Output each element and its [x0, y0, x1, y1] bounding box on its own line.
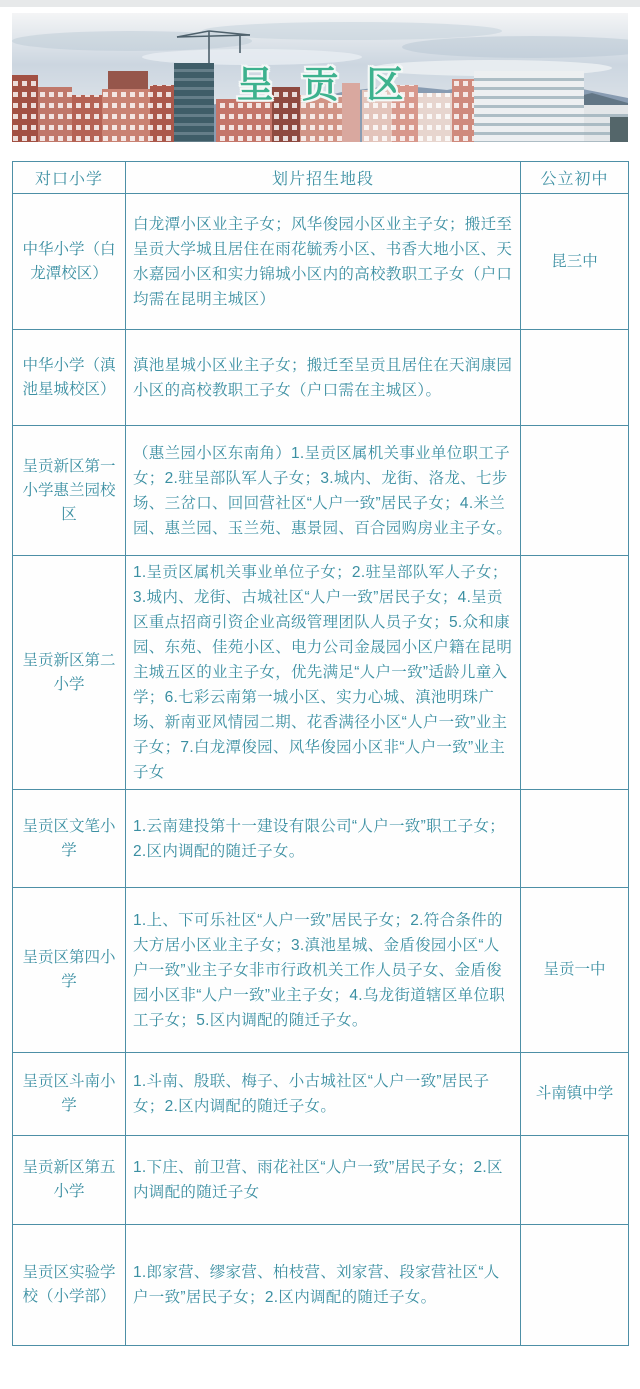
zone-cell: 1.上、下可乐社区“人户一致”居民子女；2.符合条件的大方居小区业主子女；3.滇… [126, 888, 521, 1053]
header-image: 呈贡区 [12, 13, 628, 142]
middle-school-cell [521, 330, 629, 426]
middle-school-cell [521, 426, 629, 556]
middle-school-cell [521, 1136, 629, 1225]
zone-cell: 1.郎家营、缪家营、柏枝营、刘家营、段家营社区“人户一致”居民子女；2.区内调配… [126, 1225, 521, 1346]
middle-school-cell: 呈贡一中 [521, 888, 629, 1053]
school-cell: 呈贡区文笔小学 [13, 790, 126, 888]
table-row: 呈贡新区第二小学 1.呈贡区属机关事业单位子女；2.驻呈部队军人子女；3.城内、… [13, 556, 629, 790]
school-cell: 中华小学（白龙潭校区） [13, 194, 126, 330]
middle-school-cell: 昆三中 [521, 194, 629, 330]
zone-cell: 1.斗南、殷联、梅子、小古城社区“人户一致”居民子女；2.区内调配的随迁子女。 [126, 1053, 521, 1136]
zone-cell: 1.云南建投第十一建设有限公司“人户一致”职工子女；2.区内调配的随迁子女。 [126, 790, 521, 888]
zone-cell: 白龙潭小区业主子女；风华俊园小区业主子女；搬迁至呈贡大学城且居住在雨花毓秀小区、… [126, 194, 521, 330]
column-header-enrollment-zone: 划片招生地段 [126, 162, 521, 194]
table-row: 呈贡新区第一小学惠兰园校区 （惠兰园小区东南角）1.呈贡区属机关事业单位职工子女… [13, 426, 629, 556]
table-row: 中华小学（滇池星城校区） 滇池星城小区业主子女；搬迁至呈贡且居住在天润康园小区的… [13, 330, 629, 426]
zone-cell: 1.呈贡区属机关事业单位子女；2.驻呈部队军人子女；3.城内、龙街、古城社区“人… [126, 556, 521, 790]
admissions-table: 对口小学 划片招生地段 公立初中 中华小学（白龙潭校区） 白龙潭小区业主子女；风… [12, 161, 629, 1346]
column-header-primary-school: 对口小学 [13, 162, 126, 194]
table-row: 中华小学（白龙潭校区） 白龙潭小区业主子女；风华俊园小区业主子女；搬迁至呈贡大学… [13, 194, 629, 330]
zone-cell: （惠兰园小区东南角）1.呈贡区属机关事业单位职工子女；2.驻呈部队军人子女；3.… [126, 426, 521, 556]
zone-cell: 滇池星城小区业主子女；搬迁至呈贡且居住在天润康园小区的高校教职工子女（户口需在主… [126, 330, 521, 426]
column-header-public-middle-school: 公立初中 [521, 162, 629, 194]
zone-cell: 1.下庄、前卫营、雨花社区“人户一致”居民子女；2.区内调配的随迁子女 [126, 1136, 521, 1225]
school-cell: 呈贡新区第五小学 [13, 1136, 126, 1225]
school-cell: 呈贡新区第二小学 [13, 556, 126, 790]
table-row: 呈贡区文笔小学 1.云南建投第十一建设有限公司“人户一致”职工子女；2.区内调配… [13, 790, 629, 888]
school-cell: 呈贡区第四小学 [13, 888, 126, 1053]
school-cell: 呈贡新区第一小学惠兰园校区 [13, 426, 126, 556]
middle-school-cell [521, 556, 629, 790]
table-row: 呈贡区斗南小学 1.斗南、殷联、梅子、小古城社区“人户一致”居民子女；2.区内调… [13, 1053, 629, 1136]
table-row: 呈贡区第四小学 1.上、下可乐社区“人户一致”居民子女；2.符合条件的大方居小区… [13, 888, 629, 1053]
school-cell: 呈贡区斗南小学 [13, 1053, 126, 1136]
school-cell: 呈贡区实验学校（小学部） [13, 1225, 126, 1346]
table-row: 呈贡区实验学校（小学部） 1.郎家营、缪家营、柏枝营、刘家营、段家营社区“人户一… [13, 1225, 629, 1346]
middle-school-cell [521, 1225, 629, 1346]
table-header-row: 对口小学 划片招生地段 公立初中 [13, 162, 629, 194]
table-row: 呈贡新区第五小学 1.下庄、前卫营、雨花社区“人户一致”居民子女；2.区内调配的… [13, 1136, 629, 1225]
top-strip [0, 0, 640, 7]
district-title: 呈贡区 [12, 54, 628, 108]
school-cell: 中华小学（滇池星城校区） [13, 330, 126, 426]
middle-school-cell: 斗南镇中学 [521, 1053, 629, 1136]
middle-school-cell [521, 790, 629, 888]
